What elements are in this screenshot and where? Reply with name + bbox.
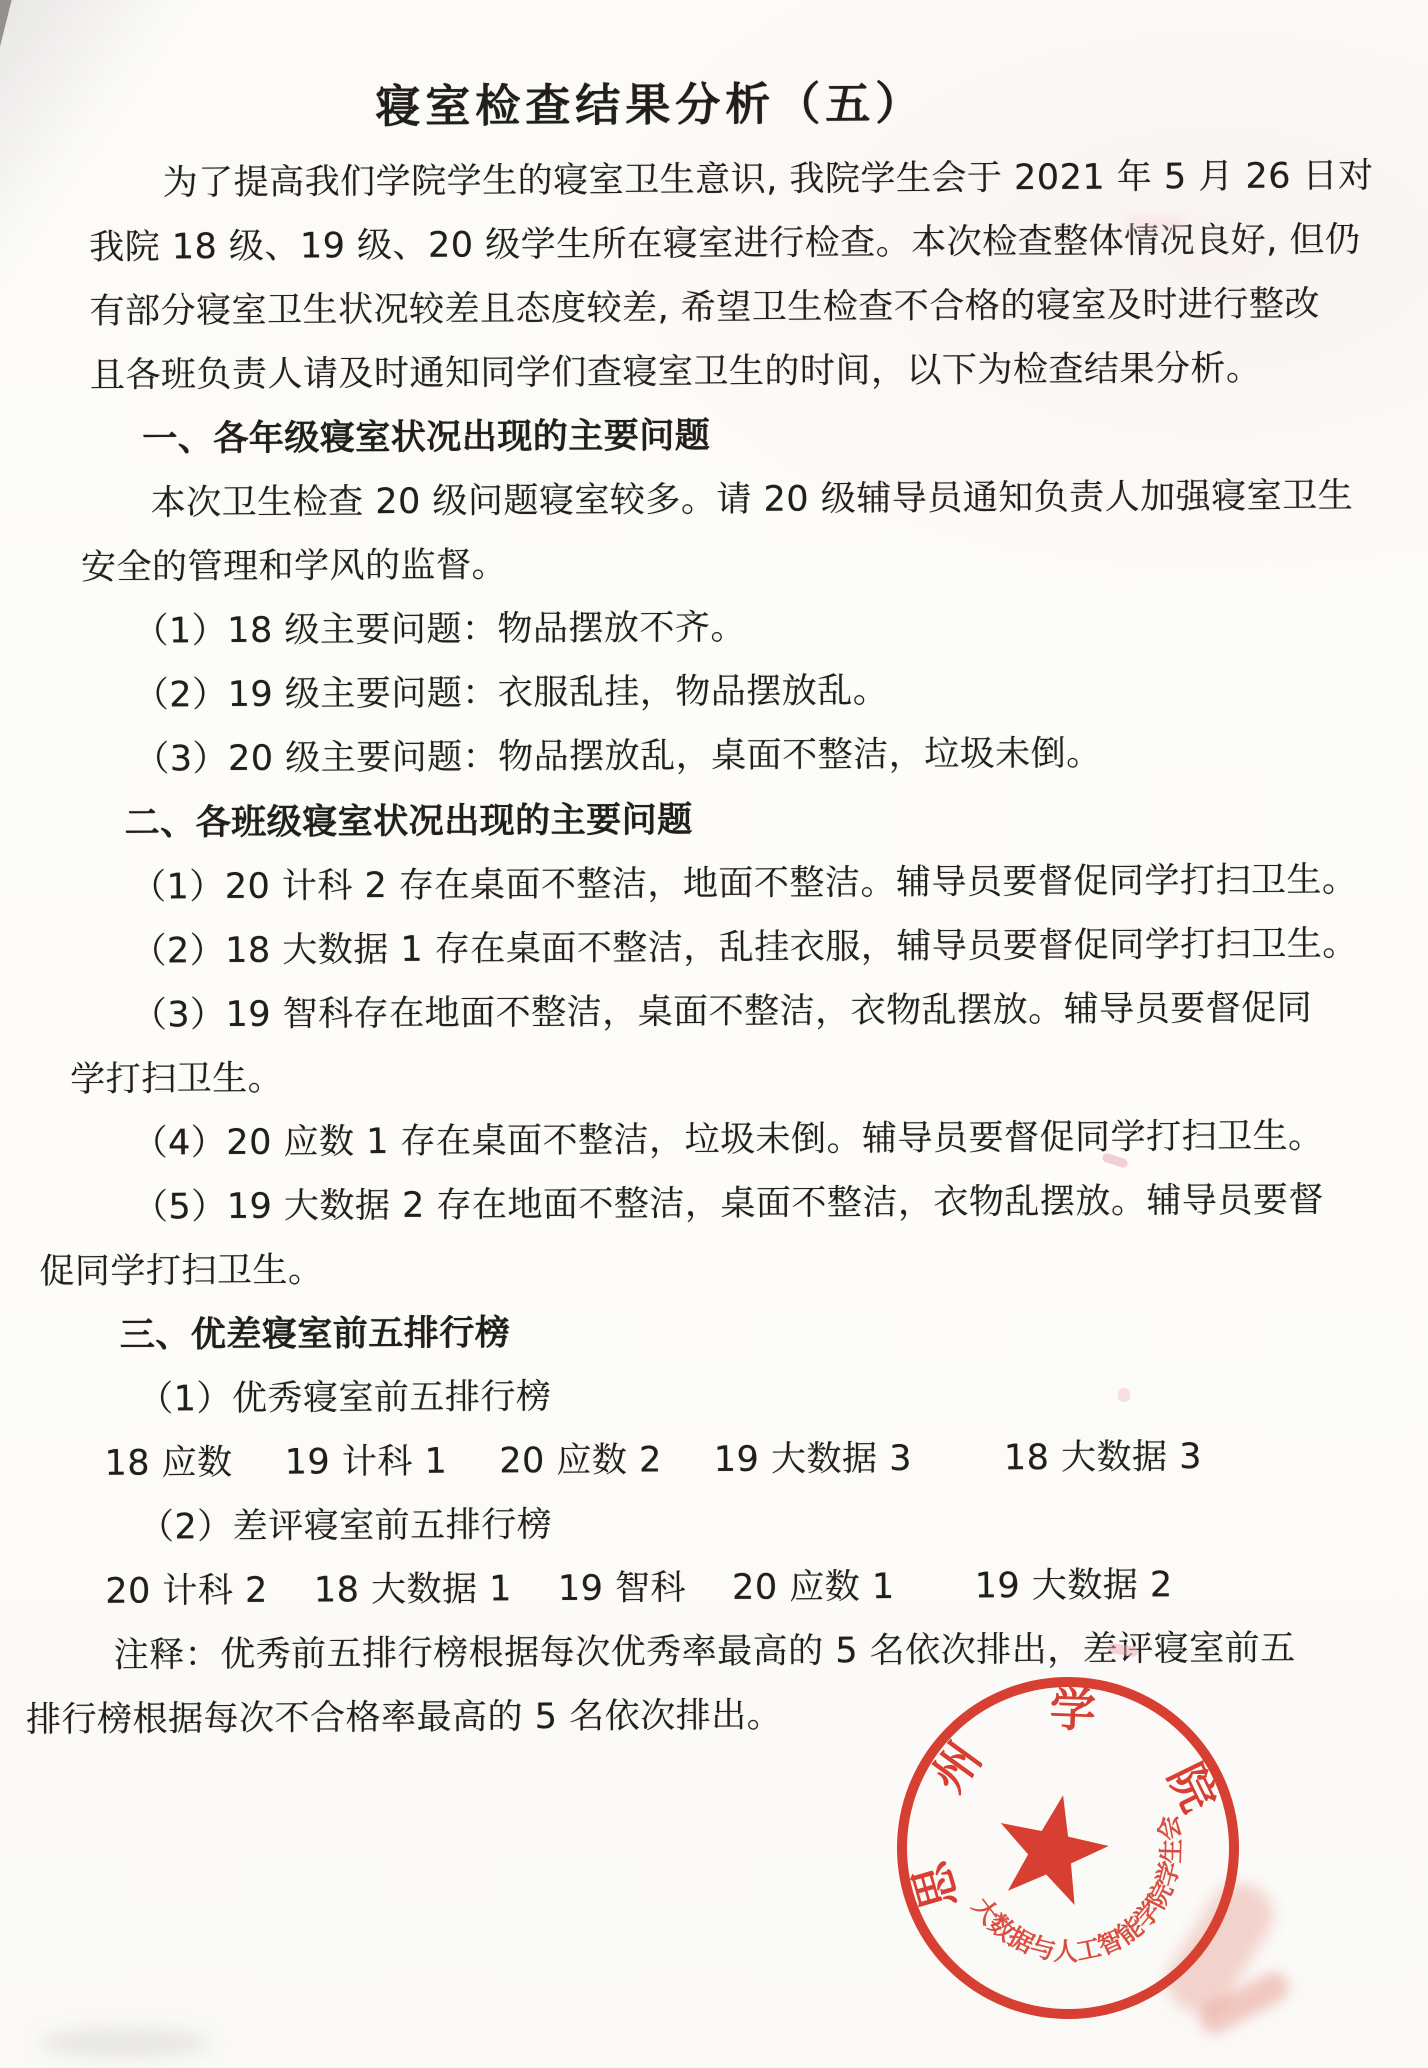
section2-item-5: （5）19 大数据 2 存在地面不整洁，桌面不整洁，衣物乱摆放。辅导员要督: [7, 1168, 1428, 1241]
scan-edge-mark: [0, 0, 13, 52]
best-dorm-5: 18 大数据 3: [1004, 1425, 1202, 1490]
scan-bottom-smudge: [40, 2030, 210, 2056]
worst-dorm-3: 19 智科: [558, 1556, 687, 1621]
best-dorm-label: （1）优秀寝室前五排行榜: [8, 1360, 1428, 1433]
seal-star-icon: [987, 1784, 1117, 1910]
worst-dorm-5: 19 大数据 2: [974, 1553, 1172, 1618]
seal-graphic: 思 州 学 院 大数据与人工智能学院学生会: [868, 1648, 1268, 2048]
intro-line-2: 我院 18 级、19 级、20 级学生所在寝室进行检查。本次检查整体情况良好, …: [1, 208, 1428, 281]
document-content: 寝室检查结果分析（五） 为了提高我们学院学生的寝室卫生意识, 我院学生会于 20…: [0, 58, 1428, 1753]
intro-line-3: 有部分寝室卫生状况较差且态度较差, 希望卫生检查不合格的寝室及时进行整改: [1, 272, 1428, 345]
seal-body: 思 州 学 院 大数据与人工智能学院学生会: [902, 1682, 1234, 2014]
section2-item-5-continuation: 促同学打扫卫生。: [7, 1232, 1428, 1305]
worst-dorm-1: 20 计科 2: [105, 1559, 268, 1624]
section1-body-line-2: 安全的管理和学风的监督。: [3, 528, 1428, 601]
section1-item-2: （2）19 级主要问题：衣服乱挂，物品摆放乱。: [4, 656, 1428, 729]
section3-heading: 三、优差寝室前五排行榜: [8, 1296, 1428, 1369]
seal-ring-char-1: 思: [903, 1855, 968, 1916]
section2-item-3: （3）19 智科存在地面不整洁，桌面不整洁，衣物乱摆放。辅导员要督促同: [6, 976, 1428, 1049]
pink-scan-speck: [1118, 1388, 1130, 1402]
intro-line-4: 且各班负责人请及时通知同学们查寝室卫生的时间，以下为检查结果分析。: [2, 336, 1428, 409]
document-title: 寝室检查结果分析（五）: [0, 58, 1301, 152]
worst-dorm-list: 20 计科 2 18 大数据 1 19 智科 20 应数 1 19 大数据 2: [9, 1552, 1428, 1625]
best-dorm-1: 18 应数: [104, 1431, 233, 1496]
section2-item-1: （1）20 计科 2 存在桌面不整洁，地面不整洁。辅导员要督促同学打扫卫生。: [5, 848, 1428, 921]
intro-line-1: 为了提高我们学院学生的寝室卫生意识, 我院学生会于 2021 年 5 月 26 …: [1, 144, 1428, 217]
section1-item-1: （1）18 级主要问题：物品摆放不齐。: [3, 592, 1428, 665]
seal-ring-char-2: 州: [921, 1732, 992, 1801]
section1-body-line-1: 本次卫生检查 20 级问题寝室较多。请 20 级辅导员通知负责人加强寝室卫生: [2, 464, 1428, 537]
section1-heading: 一、各年级寝室状况出现的主要问题: [2, 400, 1428, 473]
section2-item-4: （4）20 应数 1 存在桌面不整洁，垃圾未倒。辅导员要督促同学打扫卫生。: [6, 1104, 1428, 1177]
seal-bottom-text: 大数据与人工智能学院学生会: [967, 1813, 1187, 1966]
best-dorm-4: 19 大数据 3: [714, 1427, 912, 1492]
pink-scan-speck: [1125, 215, 1185, 231]
section2-item-2: （2）18 大数据 1 存在桌面不整洁，乱挂衣服，辅导员要督促同学打扫卫生。: [5, 912, 1428, 985]
worst-dorm-2: 18 大数据 1: [314, 1557, 512, 1622]
worst-dorm-4: 20 应数 1: [732, 1555, 895, 1620]
section2-item-3-continuation: 学打扫卫生。: [6, 1040, 1428, 1113]
seal-ring-char-3: 学: [1049, 1682, 1097, 1738]
section2-heading: 二、各班级寝室状况出现的主要问题: [4, 784, 1428, 857]
section1-item-3: （3）20 级主要问题：物品摆放乱，桌面不整洁，垃圾未倒。: [4, 720, 1428, 793]
best-dorm-2: 19 计科 1: [285, 1430, 448, 1495]
worst-dorm-label: （2）差评寝室前五排行榜: [9, 1488, 1428, 1561]
best-dorm-list: 18 应数 19 计科 1 20 应数 2 19 大数据 3 18 大数据 3: [8, 1424, 1428, 1497]
best-dorm-3: 20 应数 2: [499, 1428, 662, 1493]
official-seal: 思 州 学 院 大数据与人工智能学院学生会: [868, 1648, 1268, 2048]
scanned-document-page: 寝室检查结果分析（五） 为了提高我们学院学生的寝室卫生意识, 我院学生会于 20…: [0, 0, 1428, 2068]
